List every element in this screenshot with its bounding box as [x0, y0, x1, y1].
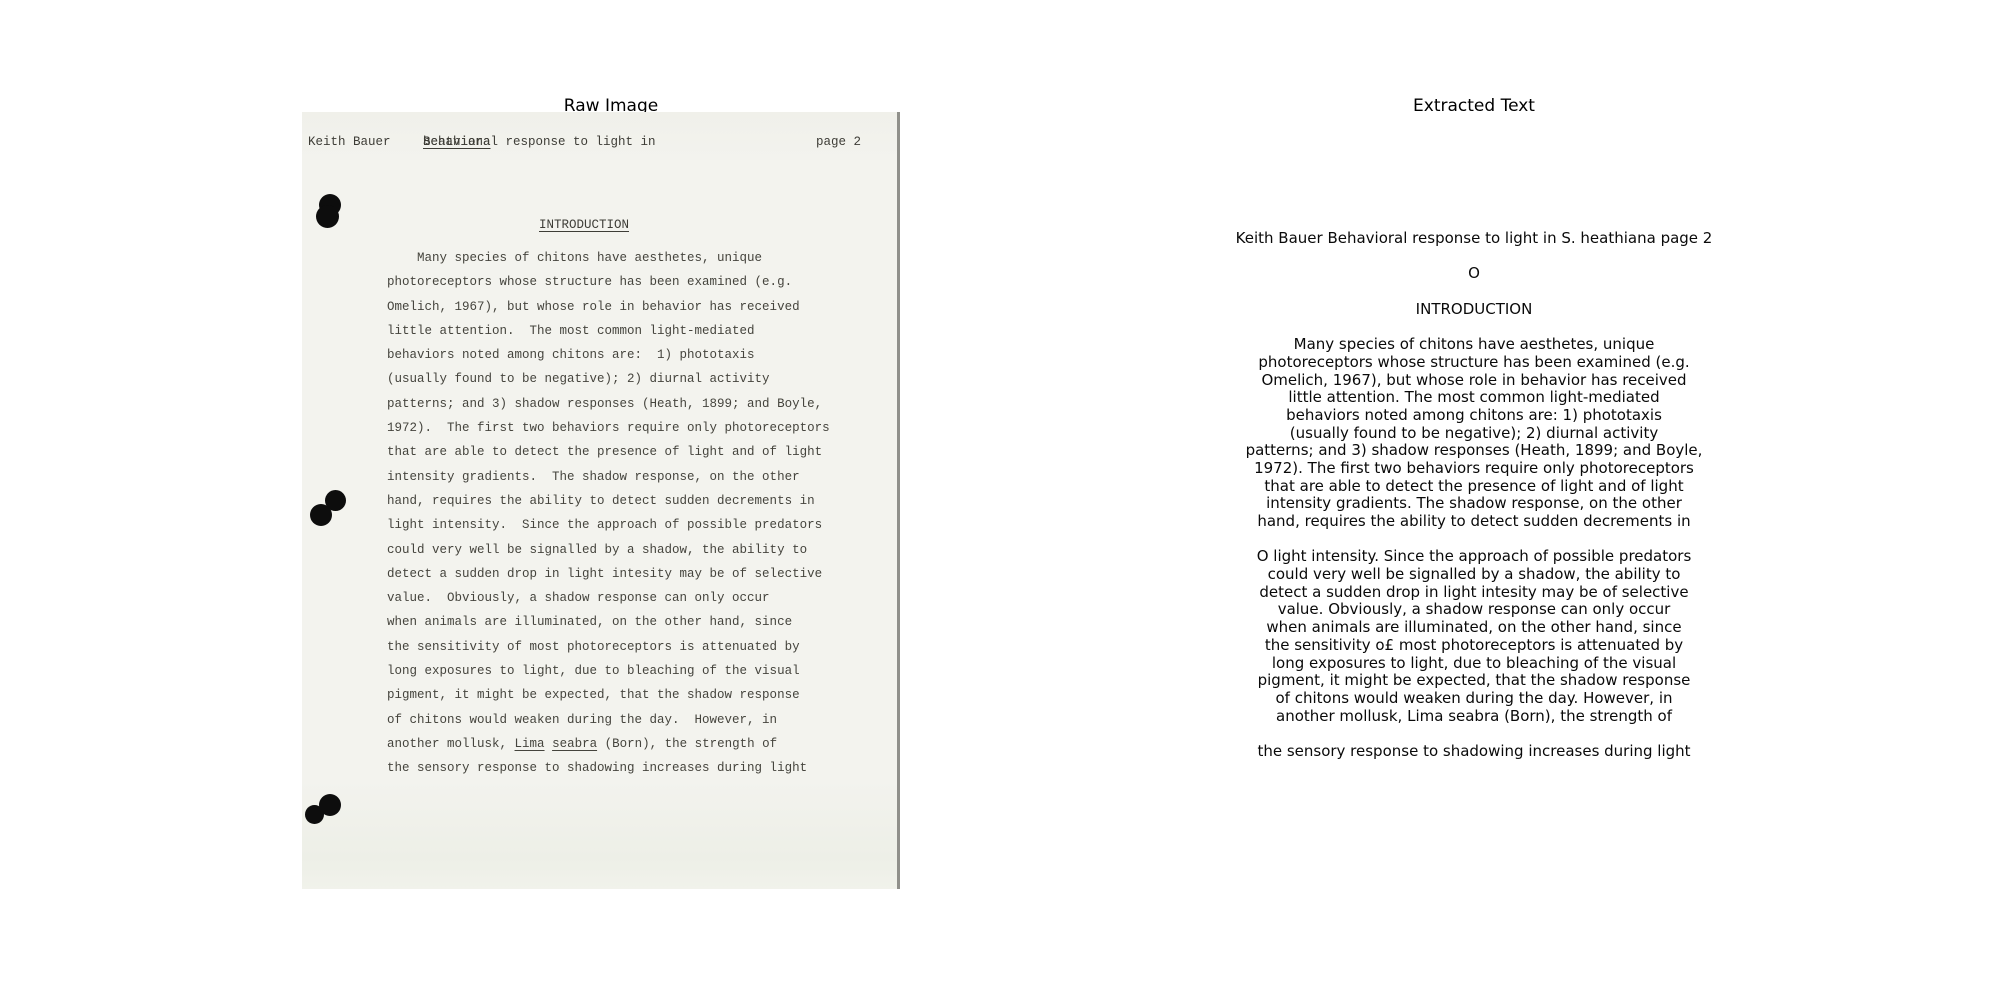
scan-text-line: could very well be signalled by a shadow…	[387, 538, 830, 562]
underlined-text: heathiana	[423, 134, 491, 150]
scan-text-line: 1972). The first two behaviors require o…	[387, 416, 830, 440]
underlined-text: seabra	[552, 737, 597, 751]
scan-text-line: the sensory response to shadowing increa…	[387, 756, 830, 780]
text-segment: pigment, it might be expected, that the …	[387, 688, 800, 702]
text-segment: intensity gradients. The shadow response…	[387, 470, 800, 484]
scan-text-line: of chitons would weaken during the day. …	[387, 708, 830, 732]
text-segment: photoreceptors whose structure has been …	[387, 275, 792, 289]
extracted-text-line: intensity gradients. The shadow response…	[1174, 495, 1774, 513]
scan-header-line: Keith Bauer Behavioral response to light…	[302, 134, 897, 214]
ocr-review-screen: Raw Image Extracted Text Keith Bauer Beh…	[0, 0, 2000, 1000]
underlined-text: Lima	[515, 737, 545, 751]
text-segment: (usually found to be negative); 2) diurn…	[387, 372, 770, 386]
scan-text-line: the sensitivity of most photoreceptors i…	[387, 635, 830, 659]
scan-text-line: value. Obviously, a shadow response can …	[387, 586, 830, 610]
scan-text-line: that are able to detect the presence of …	[387, 440, 830, 464]
text-segment: could very well be signalled by a shadow…	[387, 543, 807, 557]
extracted-text-line: O	[1174, 265, 1774, 283]
extracted-text-line: the sensory response to shadowing increa…	[1174, 743, 1774, 761]
text-segment: another mollusk,	[387, 737, 515, 751]
text-segment: the sensory response to shadowing increa…	[387, 761, 807, 775]
extracted-text-line: photoreceptors whose structure has been …	[1174, 354, 1774, 372]
text-segment: behaviors noted among chitons are: 1) ph…	[387, 348, 755, 362]
scan-header-page-number: page 2	[816, 134, 861, 150]
extracted-text-line: 1972). The first two behaviors require o…	[1174, 460, 1774, 478]
scan-introduction-heading: INTRODUCTION	[539, 218, 629, 232]
text-segment: light intensity. Since the approach of p…	[387, 518, 822, 532]
extracted-text-line: Keith Bauer Behavioral response to light…	[1174, 230, 1774, 248]
extracted-text-line: that are able to detect the presence of …	[1174, 478, 1774, 496]
text-segment: of chitons would weaken during the day. …	[387, 713, 777, 727]
text-segment: patterns; and 3) shadow responses (Heath…	[387, 397, 822, 411]
scanned-document-image: Keith Bauer Behavioral response to light…	[302, 112, 900, 889]
ink-blot-circle	[310, 504, 332, 526]
extracted-text-line: of chitons would weaken during the day. …	[1174, 690, 1774, 708]
scan-text-line: another mollusk, Lima seabra (Born), the…	[387, 732, 830, 756]
extracted-text-line: when animals are illuminated, on the oth…	[1174, 619, 1774, 637]
text-segment: detect a sudden drop in light intesity m…	[387, 567, 822, 581]
text-segment: Many species of chitons have aesthetes, …	[387, 251, 762, 265]
text-segment: when animals are illuminated, on the oth…	[387, 615, 792, 629]
scan-text-line: long exposures to light, due to bleachin…	[387, 659, 830, 683]
ink-blot-circle	[316, 205, 339, 228]
scan-text-line: hand, requires the ability to detect sud…	[387, 489, 830, 513]
extracted-text-line: O light intensity. Since the approach of…	[1174, 548, 1774, 566]
scan-text-line: when animals are illuminated, on the oth…	[387, 610, 830, 634]
scan-text-line: (usually found to be negative); 2) diurn…	[387, 367, 830, 391]
text-segment: 1972). The first two behaviors require o…	[387, 421, 830, 435]
scan-text-line: behaviors noted among chitons are: 1) ph…	[387, 343, 830, 367]
scan-text-line: pigment, it might be expected, that the …	[387, 683, 830, 707]
scan-text-line: patterns; and 3) shadow responses (Heath…	[387, 392, 830, 416]
scan-text-line: Many species of chitons have aesthetes, …	[387, 246, 830, 270]
extracted-text-block: Keith Bauer Behavioral response to light…	[1174, 230, 1774, 761]
extracted-text-line: INTRODUCTION	[1174, 301, 1774, 319]
extracted-text-line: value. Obviously, a shadow response can …	[1174, 601, 1774, 619]
extracted-text-line: detect a sudden drop in light intesity m…	[1174, 584, 1774, 602]
extracted-text-line: patterns; and 3) shadow responses (Heath…	[1174, 442, 1774, 460]
extracted-text-line: (usually found to be negative); 2) diurn…	[1174, 425, 1774, 443]
extracted-text-line	[1174, 725, 1774, 743]
extracted-text-line	[1174, 283, 1774, 301]
extracted-text-line: Many species of chitons have aesthetes, …	[1174, 336, 1774, 354]
text-segment: long exposures to light, due to bleachin…	[387, 664, 800, 678]
extracted-text-line: long exposures to light, due to bleachin…	[1174, 655, 1774, 673]
extracted-text-line	[1174, 531, 1774, 549]
text-segment: the sensitivity of most photoreceptors i…	[387, 640, 800, 654]
extracted-text-line: pigment, it might be expected, that the …	[1174, 672, 1774, 690]
text-segment	[545, 737, 553, 751]
text-segment: (Born), the strength of	[597, 737, 777, 751]
scan-header-author: Keith Bauer	[308, 134, 391, 150]
extracted-text-line: another mollusk, Lima seabra (Born), the…	[1174, 708, 1774, 726]
extracted-text-line: little attention. The most common light-…	[1174, 389, 1774, 407]
scan-text-line: intensity gradients. The shadow response…	[387, 465, 830, 489]
extracted-text-panel-title: Extracted Text	[1324, 96, 1624, 116]
text-segment: Omelich, 1967), but whose role in behavi…	[387, 300, 800, 314]
scan-text-line: detect a sudden drop in light intesity m…	[387, 562, 830, 586]
scan-body-text: Many species of chitons have aesthetes, …	[387, 246, 830, 781]
text-segment: that are able to detect the presence of …	[387, 445, 822, 459]
text-segment: hand, requires the ability to detect sud…	[387, 494, 815, 508]
scan-text-line: light intensity. Since the approach of p…	[387, 513, 830, 537]
scan-text-line: photoreceptors whose structure has been …	[387, 270, 830, 294]
extracted-text-line: Omelich, 1967), but whose role in behavi…	[1174, 372, 1774, 390]
scan-text-line: little attention. The most common light-…	[387, 319, 830, 343]
extracted-text-line: the sensitivity o£ most photoreceptors i…	[1174, 637, 1774, 655]
extracted-text-line: could very well be signalled by a shadow…	[1174, 566, 1774, 584]
text-segment: value. Obviously, a shadow response can …	[387, 591, 770, 605]
extracted-text-line: behaviors noted among chitons are: 1) ph…	[1174, 407, 1774, 425]
scan-text-line: Omelich, 1967), but whose role in behavi…	[387, 295, 830, 319]
extracted-text-line: hand, requires the ability to detect sud…	[1174, 513, 1774, 531]
extracted-text-line	[1174, 248, 1774, 266]
ink-blot-circle	[305, 805, 324, 824]
extracted-text-line	[1174, 318, 1774, 336]
text-segment: little attention. The most common light-…	[387, 324, 755, 338]
